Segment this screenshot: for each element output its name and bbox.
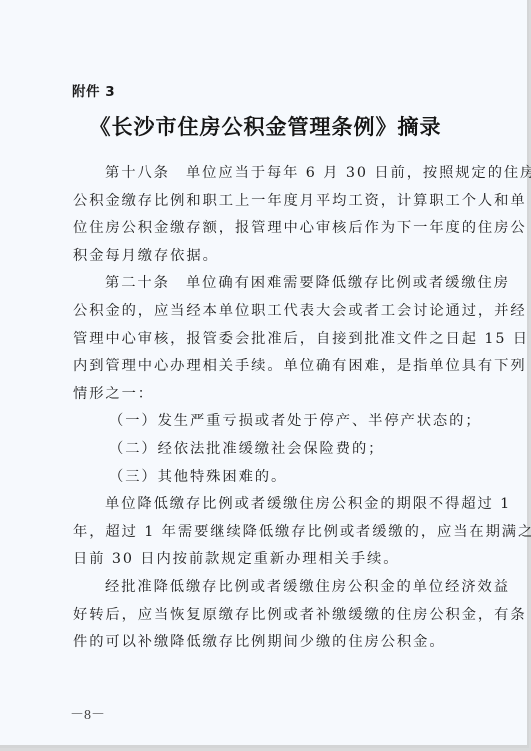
text-line: 第十八条 单位应当于每年 6 月 30 日前，按照规定的住房 — [73, 160, 463, 188]
text-line: 日前 30 日内按前款规定重新办理相关手续。 — [73, 546, 463, 574]
restore-paragraph: 经批准降低缴存比例或者缓缴住房公积金的单位经济效益 好转后，应当恢复原缴存比例或… — [73, 574, 463, 657]
document-page: 附件 3 《长沙市住房公积金管理条例》摘录 第十八条 单位应当于每年 6 月 3… — [0, 0, 529, 748]
text-line: 管理中心审核，报管委会批准后，自接到批准文件之日起 15 日 — [73, 326, 463, 354]
text-line: （一）发生严重亏损或者处于停产、半停产状态的； — [73, 408, 463, 436]
text-line: 经批准降低缴存比例或者缓缴住房公积金的单位经济效益 — [73, 574, 463, 602]
text-line: （二）经依法批准缓缴社会保险费的； — [73, 436, 463, 464]
list-item-3: （三）其他特殊困难的。 — [73, 464, 463, 492]
text-line: 好转后，应当恢复原缴存比例或者补缴缓缴的住房公积金，有条 — [73, 602, 463, 630]
article-20-paragraph: 第二十条 单位确有困难需要降低缴存比例或者缓缴住房 公积金的，应当经本单位职工代… — [73, 270, 463, 408]
text-line: 位住房公积金缴存额，报管理中心审核后作为下一年度的住房公 — [73, 215, 463, 243]
text-line: （三）其他特殊困难的。 — [73, 464, 463, 492]
text-line: 积金每月缴存依据。 — [73, 243, 463, 271]
text-line: 件的可以补缴降低缴存比例期间少缴的住房公积金。 — [73, 629, 463, 657]
article-18-paragraph: 第十八条 单位应当于每年 6 月 30 日前，按照规定的住房 公积金缴存比例和职… — [73, 160, 463, 270]
text-line: 第二十条 单位确有困难需要降低缴存比例或者缓缴住房 — [73, 270, 463, 298]
limit-paragraph: 单位降低缴存比例或者缓缴住房公积金的期限不得超过 1 年，超过 1 年需要继续降… — [73, 491, 463, 574]
text-line: 公积金缴存比例和职工上一年度月平均工资，计算职工个人和单 — [73, 188, 463, 216]
list-item-1: （一）发生严重亏损或者处于停产、半停产状态的； — [73, 408, 463, 436]
document-body: 第十八条 单位应当于每年 6 月 30 日前，按照规定的住房 公积金缴存比例和职… — [73, 160, 463, 657]
list-item-2: （二）经依法批准缓缴社会保险费的； — [73, 436, 463, 464]
text-line: 情形之一： — [73, 381, 463, 409]
text-line: 年，超过 1 年需要继续降低缴存比例或者缓缴的，应当在期满之 — [73, 519, 463, 547]
text-line: 公积金的，应当经本单位职工代表大会或者工会讨论通过，并经 — [73, 298, 463, 326]
text-line: 单位降低缴存比例或者缓缴住房公积金的期限不得超过 1 — [73, 491, 463, 519]
text-line: 内到管理中心办理相关手续。单位确有困难，是指单位具有下列 — [73, 353, 463, 381]
document-title: 《长沙市住房公积金管理条例》摘录 — [0, 111, 531, 141]
attachment-label: 附件 3 — [72, 80, 115, 100]
page-number: －8－ — [70, 704, 105, 724]
